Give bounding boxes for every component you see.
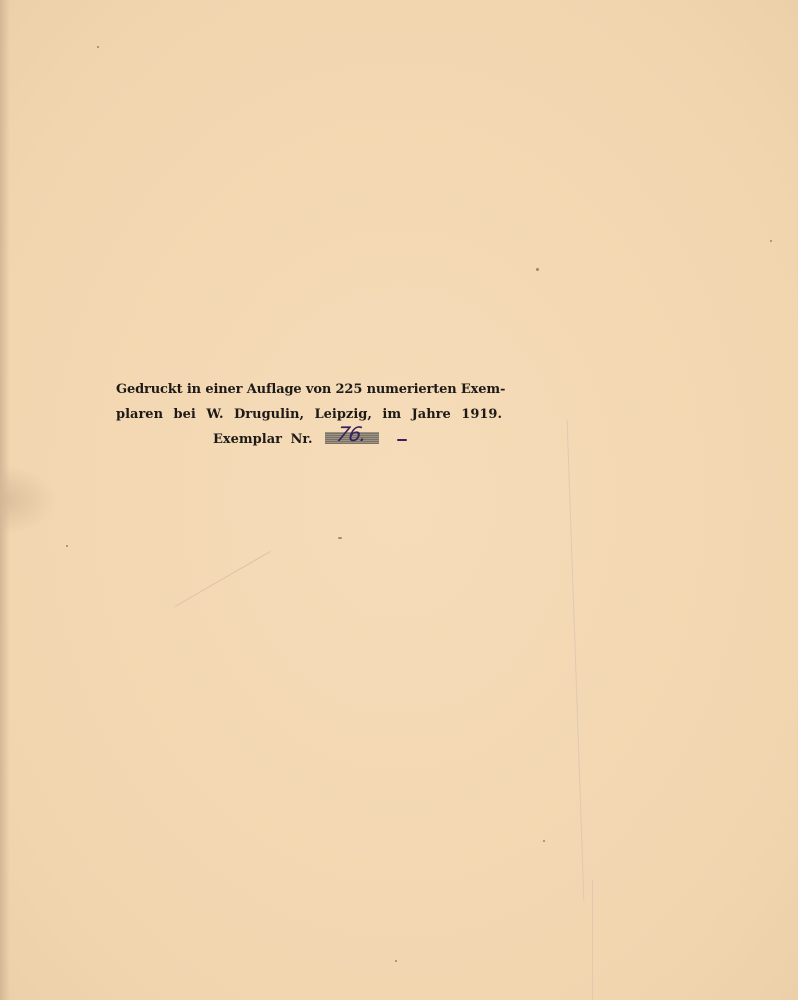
paper-speck — [395, 960, 397, 962]
copy-number-label: Exemplar Nr. — [213, 432, 313, 447]
colophon-line-1: Gedruckt in einer Auflage von 225 numeri… — [116, 377, 486, 402]
handwritten-copy-number: 76. — [334, 422, 368, 447]
page-left-edge-shadow — [0, 0, 10, 1000]
colophon: Gedruckt in einer Auflage von 225 numeri… — [116, 377, 486, 452]
paper-speck — [770, 240, 772, 242]
handwritten-dash — [397, 439, 407, 441]
paper-speck — [97, 46, 99, 48]
paper-scratch — [592, 880, 593, 1000]
paper-scratch — [567, 420, 585, 900]
paper-speck — [338, 537, 342, 539]
colophon-line-2: plaren bei W. Drugulin, Leipzig, im Jahr… — [116, 402, 486, 427]
paper-speck — [543, 840, 545, 842]
paper-speck — [66, 545, 68, 547]
paper-speck — [536, 268, 539, 271]
copy-number-stamp: 76. — [325, 432, 379, 444]
copy-number-line: Exemplar Nr. 76. — [116, 427, 486, 452]
paper-scratch — [175, 551, 271, 607]
